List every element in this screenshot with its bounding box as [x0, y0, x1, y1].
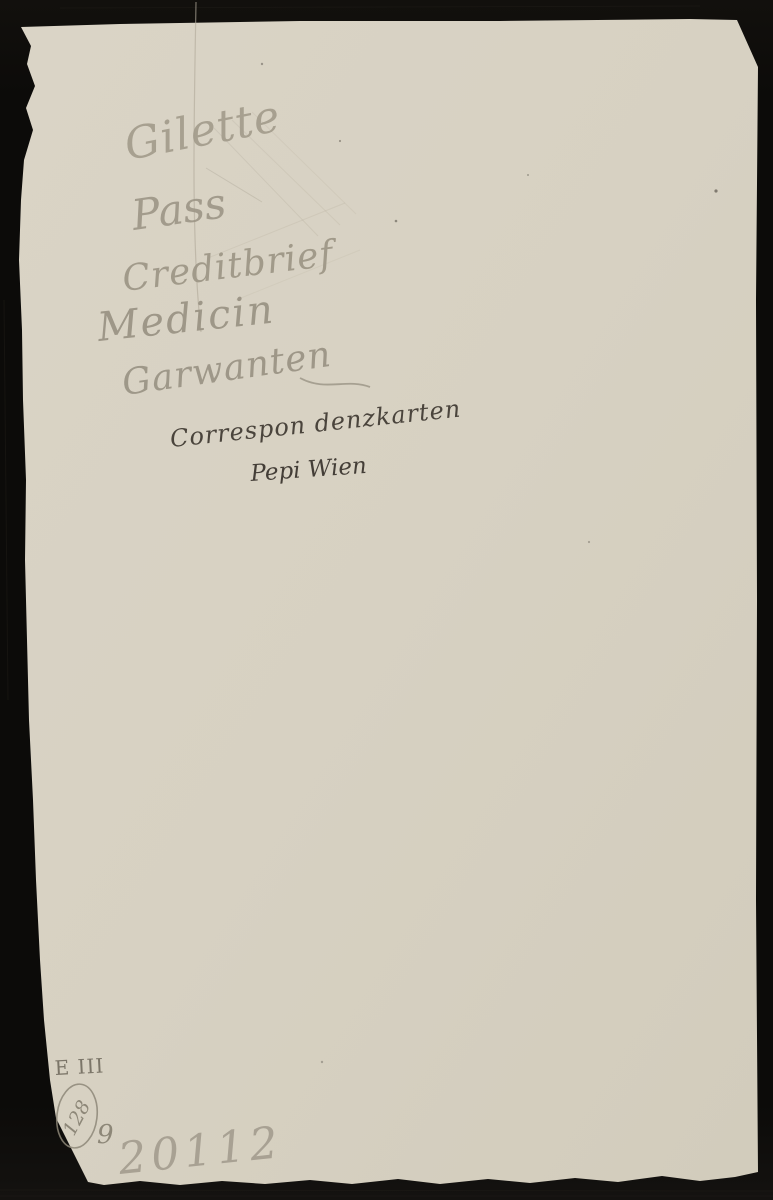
- scan-canvas: Gilette Pass Creditbrief Medicin Garwant…: [0, 0, 773, 1200]
- scanned-document-page: Gilette Pass Creditbrief Medicin Garwant…: [0, 0, 773, 1200]
- small-number: 9: [97, 1120, 114, 1150]
- folio-code: E III: [54, 1053, 105, 1080]
